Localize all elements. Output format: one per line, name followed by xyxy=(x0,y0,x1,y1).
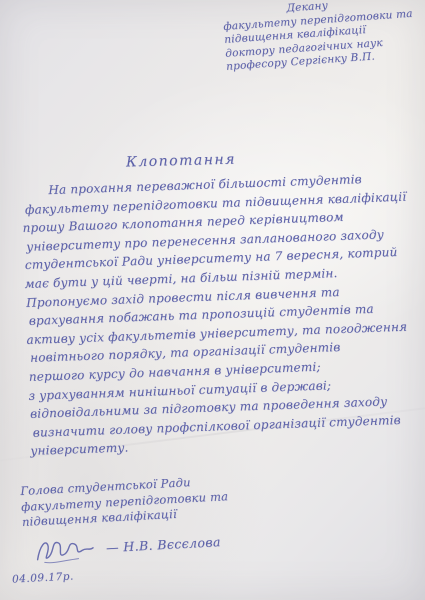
signature-role-block: Голова студентської Ради факультету пере… xyxy=(20,473,229,530)
signature-row: — Н.В. Вєсєлова xyxy=(33,526,221,566)
document-title: Клопотання xyxy=(126,152,236,171)
scanned-document-page: Декану факультету перепідготовки та підв… xyxy=(0,0,425,600)
signatory-name: — Н.В. Вєсєлова xyxy=(106,534,222,555)
document-date: 04.09.17р. xyxy=(12,570,74,585)
body-text-block: На прохання переважної більшості студент… xyxy=(22,168,425,461)
addressee-block: Декану факультету перепідготовки та підв… xyxy=(222,0,425,74)
handwritten-signature-icon xyxy=(33,533,96,566)
